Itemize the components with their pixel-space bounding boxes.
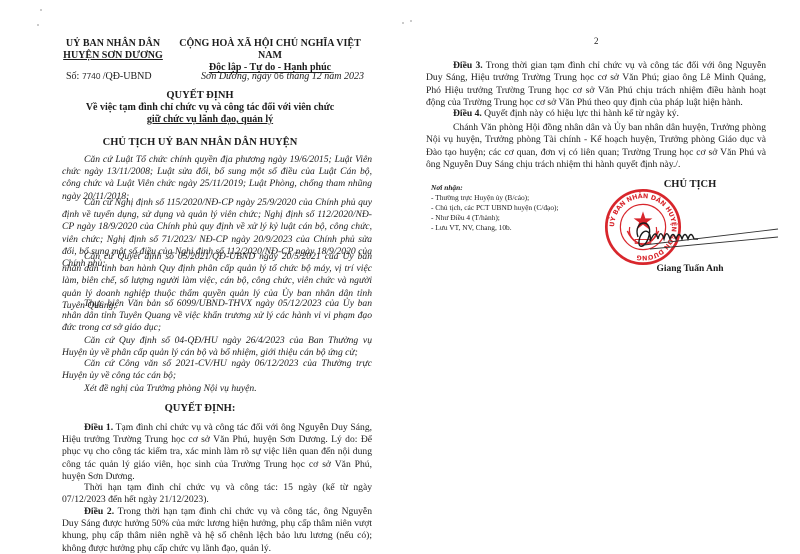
national-header: CỘNG HOÀ XÃ HỘI CHỦ NGHĨA VIỆT NAM Độc l… (176, 38, 364, 74)
date-before: Sơn Dương, ngày (201, 71, 274, 82)
legal-basis-5: Căn cứ Quy định số 04-QĐ/HU ngày 26/4/20… (62, 335, 372, 359)
page-number: 2 (594, 36, 599, 46)
scan-speck (410, 20, 412, 22)
legal-basis-4: Thực hiện Văn bản số 6099/UBND-THVX ngày… (62, 298, 372, 335)
legal-basis-1: Căn cứ Luật Tổ chức chính quyền địa phươ… (62, 154, 372, 203)
recipient-item: - Thường trực Huyện ủy (B/cáo); (431, 193, 559, 203)
article-1-duration: Thời hạn tạm đình chỉ chức vụ và công tá… (62, 482, 372, 506)
document-title: QUYẾT ĐỊNH (0, 90, 400, 101)
document-subtitle: Về việc tạm đình chỉ chức vụ và công tác… (60, 102, 360, 126)
recipients-list: Nơi nhận: - Thường trực Huyện ủy (B/cáo)… (431, 183, 559, 233)
scan-speck (402, 22, 404, 24)
recipients-title: Nơi nhận: (431, 183, 559, 193)
recipient-item: - Lưu VT, NV, Chang, 10b. (431, 223, 559, 233)
scan-speck (40, 9, 42, 11)
article-2-label: Điều 2. (84, 506, 114, 517)
decision-heading: QUYẾT ĐỊNH: (0, 403, 400, 414)
subtitle-line-1: Về việc tạm đình chỉ chức vụ và công tác… (60, 102, 360, 114)
article-4: Điều 4. Quyết định này có hiệu lực thi h… (426, 108, 766, 120)
recipient-item: - Chủ tịch, các PCT UBND huyện (C/đạo); (431, 203, 559, 213)
scan-speck (37, 24, 39, 26)
legal-basis-6: Căn cứ Công văn số 2021-CV/HU ngày 06/12… (62, 358, 372, 382)
legal-basis-7: Xét đề nghị của Trưởng phòng Nội vụ huyệ… (62, 383, 372, 395)
issuing-authority: UỶ BAN NHÂN DÂN HUYỆN SƠN DƯƠNG (58, 38, 168, 62)
national-name: CỘNG HOÀ XÃ HỘI CHỦ NGHĨA VIỆT NAM (176, 38, 364, 62)
implementation-clause: Chánh Văn phòng Hội đồng nhân dân và Ủy … (426, 122, 766, 172)
article-4-text: Quyết định này có hiệu lực thi hành kể t… (482, 108, 679, 119)
document-number-prefix: Số: (66, 71, 82, 82)
authority-heading: CHỦ TỊCH UỶ BAN NHÂN DÂN HUYỆN (0, 137, 400, 148)
document-number: Số: 7740 /QĐ-UBND (66, 71, 152, 82)
document-page-1: UỶ BAN NHÂN DÂN HUYỆN SƠN DƯƠNG CỘNG HOÀ… (0, 0, 400, 554)
handwritten-number: 7740 (82, 72, 100, 81)
subtitle-line-2: giữ chức vụ lãnh đạo, quản lý (60, 114, 360, 126)
article-1: Điều 1. Tạm đình chỉ chức vụ và công tác… (62, 422, 372, 483)
signature-icon (630, 215, 780, 255)
recipient-item: - Như Điều 4 (T/hành); (431, 213, 559, 223)
document-number-suffix: /QĐ-UBND (100, 71, 151, 82)
article-4-label: Điều 4. (453, 108, 482, 119)
date-after: tháng 12 năm 2023 (284, 71, 364, 82)
article-3-label: Điều 3. (453, 60, 483, 71)
article-2: Điều 2. Trong thời hạn tạm đình chỉ chức… (62, 506, 372, 554)
handwritten-day: 06 (274, 72, 284, 81)
article-3: Điều 3. Trong thời gian tạm đình chỉ chứ… (426, 60, 766, 110)
signer-name: Giang Tuấn Anh (620, 264, 760, 274)
authority-line-2: HUYỆN SƠN DƯƠNG (58, 50, 168, 62)
place-date: Sơn Dương, ngày 06 tháng 12 năm 2023 (201, 71, 364, 82)
authority-line-1: UỶ BAN NHÂN DÂN (58, 38, 168, 50)
article-1-label: Điều 1. (84, 422, 113, 433)
